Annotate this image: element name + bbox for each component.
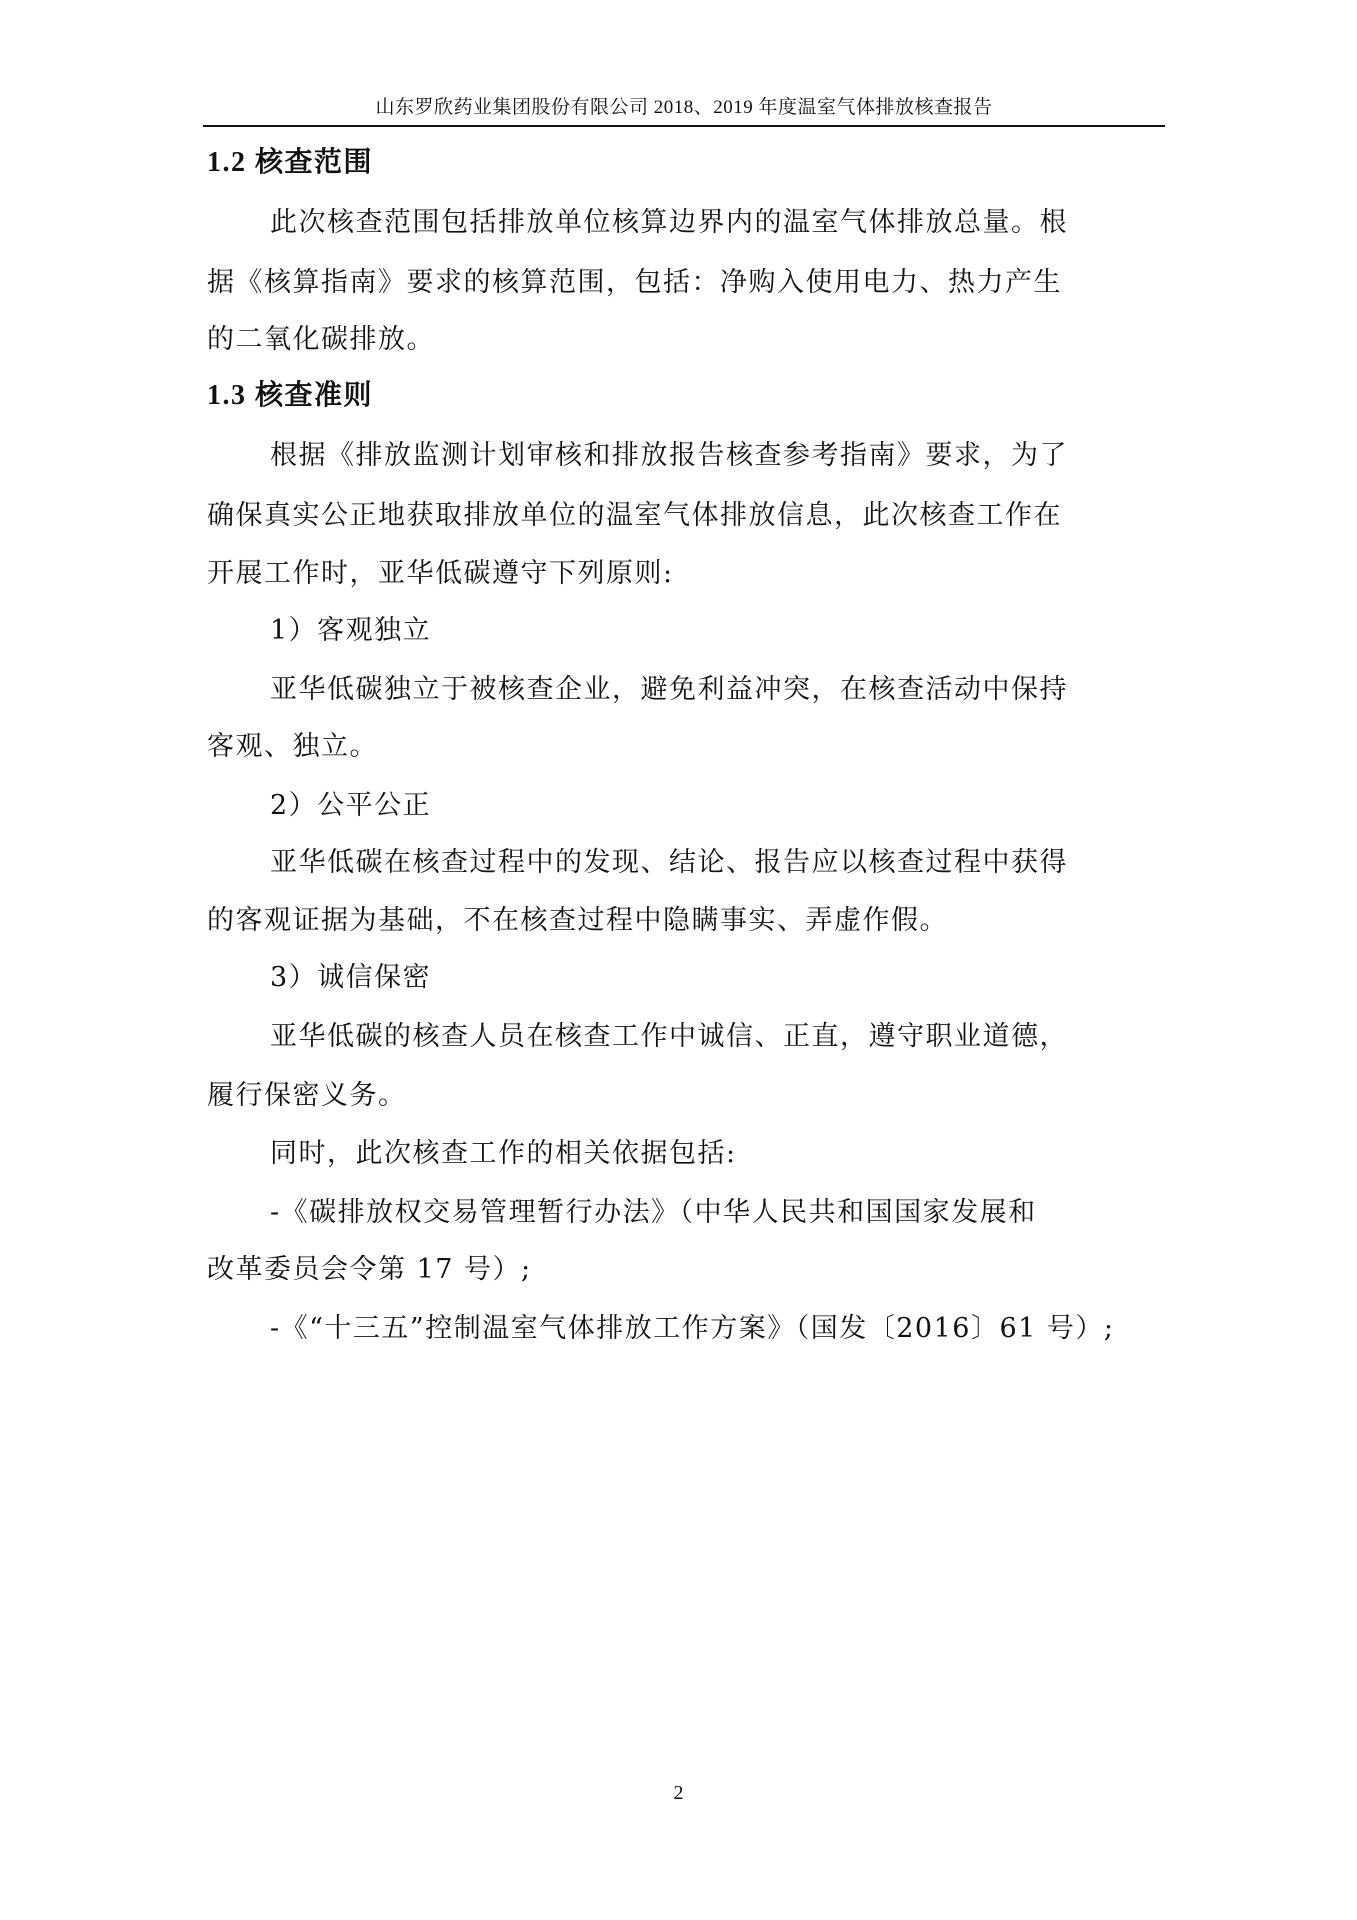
page-header-title: 山东罗欣药业集团股份有限公司 2018、2019 年度温室气体排放核查报告 xyxy=(203,92,1165,119)
page-number: 2 xyxy=(0,1782,1357,1805)
principle-title-3: 3）诚信保密 xyxy=(270,958,1230,998)
paragraph-line: 据《核算指南》要求的核算范围，包括：净购入使用电力、热力产生 xyxy=(207,263,1167,303)
principle-title-2: 2）公平公正 xyxy=(270,786,1230,826)
paragraph-line: 确保真实公正地获取排放单位的温室气体排放信息，此次核查工作在 xyxy=(207,496,1167,536)
section-heading-1-3: 1.3 核查准则 xyxy=(207,376,1167,416)
paragraph-line: 的二氧化碳排放。 xyxy=(207,320,1167,360)
reference-item-1: -《碳排放权交易管理暂行办法》（中华人民共和国国家发展和 xyxy=(270,1193,1230,1233)
paragraph-line: 同时，此次核查工作的相关依据包括: xyxy=(270,1134,1230,1174)
paragraph-line: 亚华低碳在核查过程中的发现、结论、报告应以核查过程中获得 xyxy=(270,843,1230,883)
paragraph-line: 亚华低碳独立于被核查企业，避免利益冲突，在核查活动中保持 xyxy=(270,670,1230,710)
paragraph-line: 开展工作时，亚华低碳遵守下列原则: xyxy=(207,554,1167,594)
principle-title-1: 1）客观独立 xyxy=(270,611,1230,651)
paragraph-line: 此次核查范围包括排放单位核算边界内的温室气体排放总量。根 xyxy=(270,203,1230,243)
reference-item-2: -《“十三五”控制温室气体排放工作方案》（国发〔2016〕61 号）; xyxy=(270,1309,1230,1349)
paragraph-line: 根据《排放监测计划审核和排放报告核查参考指南》要求，为了 xyxy=(270,436,1230,476)
header-divider xyxy=(203,125,1165,127)
paragraph-line: 的客观证据为基础，不在核查过程中隐瞒事实、弄虚作假。 xyxy=(207,901,1167,941)
section-heading-1-2: 1.2 核查范围 xyxy=(207,143,1167,183)
paragraph-line: 履行保密义务。 xyxy=(207,1076,1167,1116)
reference-item-1-cont: 改革委员会令第 17 号）; xyxy=(207,1250,1167,1290)
paragraph-line: 亚华低碳的核查人员在核查工作中诚信、正直，遵守职业道德， xyxy=(270,1017,1230,1057)
paragraph-line: 客观、独立。 xyxy=(207,727,1167,767)
